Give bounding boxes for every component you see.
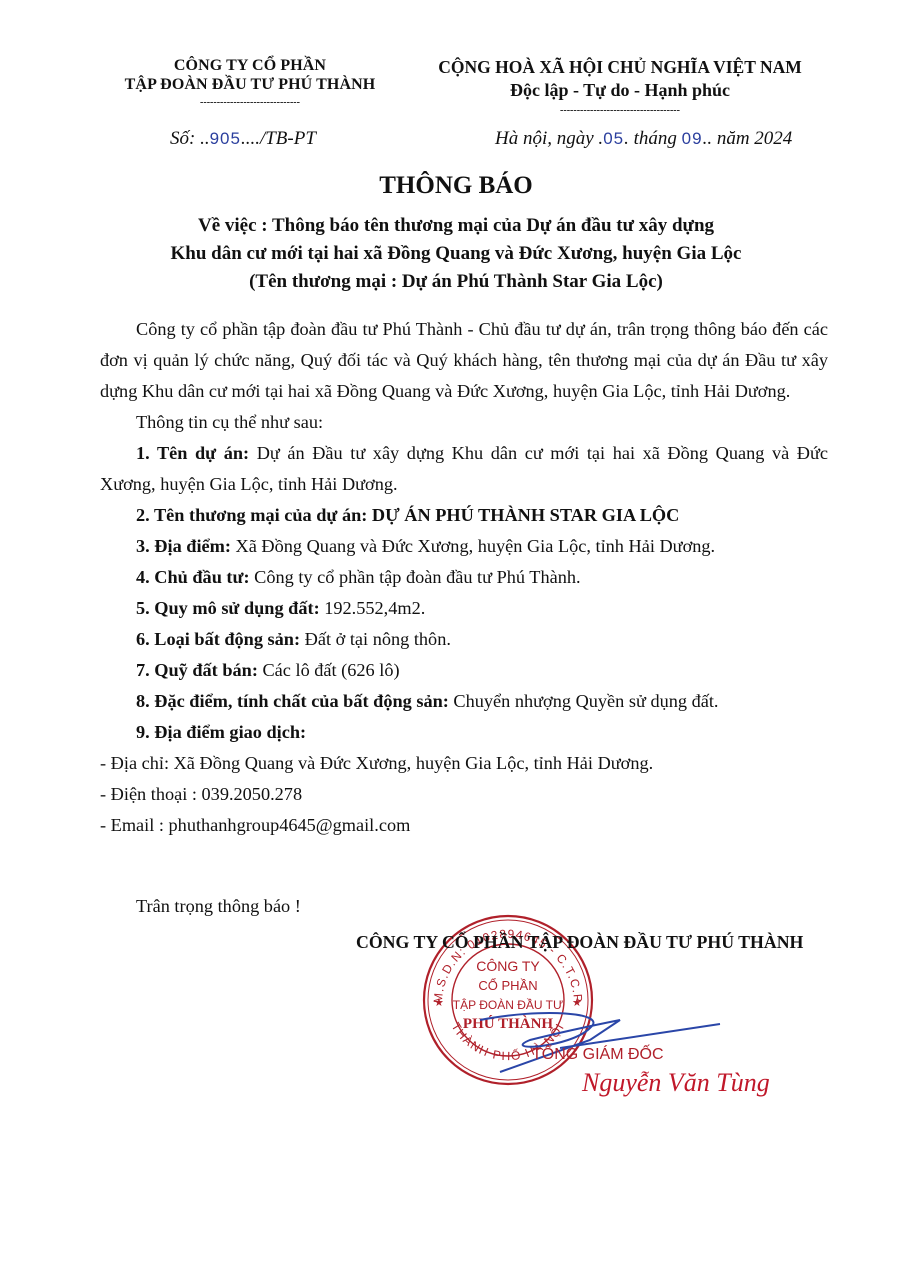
- detail-key: 8. Đặc điểm, tính chất của bất động sản:: [136, 691, 449, 711]
- contact-address: - Địa chỉ: Xã Đồng Quang và Đức Xương, h…: [100, 748, 828, 779]
- detail-key: 3. Địa điểm:: [136, 536, 231, 556]
- document-title: THÔNG BÁO: [0, 172, 912, 200]
- document-number: Số: ..905..../TB-PT: [170, 128, 316, 150]
- detail-item: 9. Địa điểm giao dịch:: [100, 717, 828, 748]
- detail-value: Chuyển nhượng Quyền sử dụng đất.: [449, 691, 719, 711]
- detail-value: 192.552,4m2.: [320, 598, 426, 618]
- national-motto-block: CỘNG HOÀ XÃ HỘI CHỦ NGHĨA VIỆT NAM Độc l…: [410, 56, 830, 116]
- details-heading: Thông tin cụ thể như sau:: [100, 407, 828, 438]
- intro-paragraph: Công ty cổ phần tập đoàn đầu tư Phú Thàn…: [100, 314, 828, 407]
- motto-divider: ------------------------------------: [410, 106, 830, 116]
- detail-item: 4. Chủ đầu tư: Công ty cổ phần tập đoàn …: [100, 562, 828, 593]
- issuer-line1: CÔNG TY CỔ PHẦN: [100, 56, 400, 75]
- detail-value: DỰ ÁN PHÚ THÀNH STAR GIA LỘC: [367, 505, 679, 525]
- detail-value: Các lô đất (626 lô): [258, 660, 400, 680]
- detail-item: 5. Quy mô sử dụng đất: 192.552,4m2.: [100, 593, 828, 624]
- number-prefix: Số: ..: [170, 128, 210, 149]
- date-month-label: . tháng: [624, 128, 682, 149]
- date-prefix: Hà nội, ngày .: [495, 128, 603, 149]
- document-subject: Về việc : Thông báo tên thương mại của D…: [0, 212, 912, 296]
- seal-line2: CỔ PHẦN: [420, 978, 596, 993]
- detail-key: 1. Tên dự án:: [136, 443, 249, 463]
- detail-item: 1. Tên dự án: Dự án Đầu tư xây dựng Khu …: [100, 438, 828, 500]
- detail-value: Công ty cổ phần tập đoàn đầu tư Phú Thàn…: [250, 567, 581, 587]
- detail-item: 6. Loại bất động sản: Đất ở tại nông thô…: [100, 624, 828, 655]
- issue-date: Hà nội, ngày .05. tháng 09.. năm 2024: [495, 128, 792, 150]
- subject-line2: Khu dân cư mới tại hai xã Đồng Quang và …: [0, 240, 912, 268]
- date-day: 05: [603, 129, 624, 148]
- date-year: .. năm 2024: [703, 128, 793, 149]
- detail-key: 4. Chủ đầu tư:: [136, 567, 250, 587]
- subject-line1: Về việc : Thông báo tên thương mại của D…: [0, 212, 912, 240]
- detail-value: Đất ở tại nông thôn.: [300, 629, 451, 649]
- contact-phone: - Điện thoại : 039.2050.278: [100, 779, 828, 810]
- country-name: CỘNG HOÀ XÃ HỘI CHỦ NGHĨA VIỆT NAM: [410, 56, 830, 78]
- issuer-line2: TẬP ĐOÀN ĐẦU TƯ PHÚ THÀNH: [100, 75, 400, 94]
- detail-key: 7. Quỹ đất bán:: [136, 660, 258, 680]
- subject-line3: (Tên thương mại : Dự án Phú Thành Star G…: [0, 268, 912, 296]
- number-handwritten: 905: [210, 129, 241, 148]
- issuer-block: CÔNG TY CỔ PHẦN TẬP ĐOÀN ĐẦU TƯ PHÚ THÀN…: [100, 56, 400, 108]
- national-motto: Độc lập - Tự do - Hạnh phúc: [410, 78, 830, 102]
- detail-key: 2. Tên thương mại của dự án:: [136, 505, 367, 525]
- document-body: Công ty cổ phần tập đoàn đầu tư Phú Thàn…: [100, 314, 828, 841]
- detail-value: Xã Đồng Quang và Đức Xương, huyện Gia Lộ…: [231, 536, 715, 556]
- detail-key: 6. Loại bất động sản:: [136, 629, 300, 649]
- signatory-name: Nguyễn Văn Tùng: [582, 1068, 770, 1098]
- signatory-position: TỔNG GIÁM ĐỐC: [532, 1046, 664, 1064]
- detail-item: 2. Tên thương mại của dự án: DỰ ÁN PHÚ T…: [100, 500, 828, 531]
- date-month: 09: [682, 129, 703, 148]
- detail-item: 7. Quỹ đất bán: Các lô đất (626 lô): [100, 655, 828, 686]
- number-suffix: ..../TB-PT: [241, 128, 316, 149]
- detail-key: 9. Địa điểm giao dịch:: [136, 722, 306, 742]
- seal-line1: CÔNG TY: [420, 958, 596, 974]
- detail-key: 5. Quy mô sử dụng đất:: [136, 598, 320, 618]
- closing-line: Trân trọng thông báo !: [136, 896, 301, 917]
- contact-email: - Email : phuthanhgroup4645@gmail.com: [100, 810, 828, 841]
- detail-item: 3. Địa điểm: Xã Đồng Quang và Đức Xương,…: [100, 531, 828, 562]
- detail-item: 8. Đặc điểm, tính chất của bất động sản:…: [100, 686, 828, 717]
- signatory-company: CÔNG TY CỔ PHẦN TẬP ĐOÀN ĐẦU TƯ PHÚ THÀN…: [356, 932, 803, 953]
- issuer-divider: ------------------------------: [100, 98, 400, 108]
